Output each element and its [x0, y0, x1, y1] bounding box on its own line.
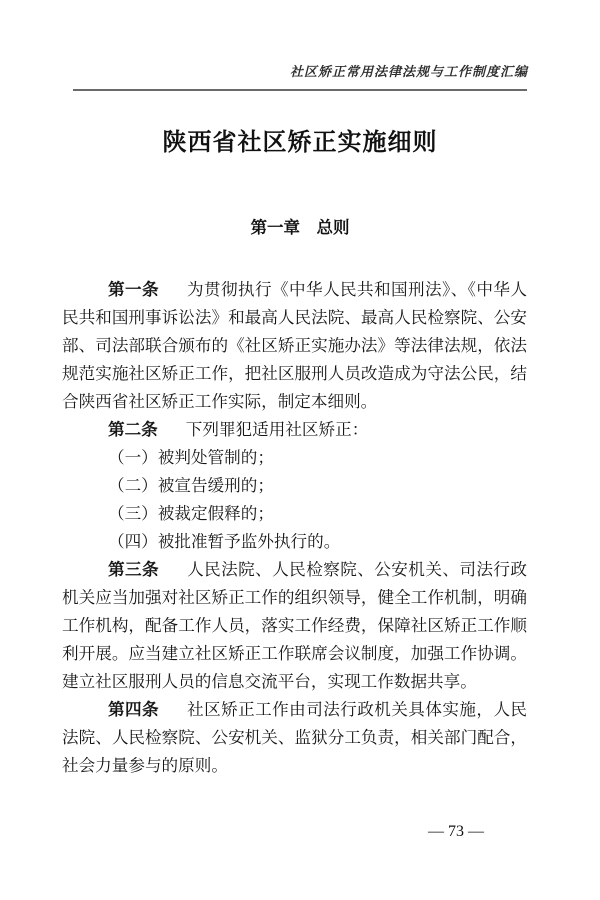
header-rule [73, 89, 527, 91]
article-3-label: 第三条 [108, 560, 159, 579]
paragraph-article-2: 第二条下列罪犯适用社区矫正： [62, 416, 527, 444]
article-1-label: 第一条 [108, 280, 159, 299]
article-4-label: 第四条 [108, 700, 159, 719]
list-item-1: （一）被判处管制的； [62, 444, 527, 472]
document-body: 第一条为贯彻执行《中华人民共和国刑法》、《中华人民共和国刑事诉讼法》和最高人民法… [62, 276, 527, 780]
article-1-text: 为贯彻执行《中华人民共和国刑法》、《中华人民共和国刑事诉讼法》和最高人民法院、最… [62, 280, 527, 411]
list-item-2-text: （二）被宣告缓刑的； [108, 476, 274, 495]
document-title: 陕西省社区矫正实施细则 [0, 130, 600, 157]
list-item-4: （四）被批准暂予监外执行的。 [62, 528, 527, 556]
article-2-label: 第二条 [108, 420, 158, 439]
list-item-3: （三）被裁定假释的； [62, 500, 527, 528]
book-page: 社区矫正常用法律法规与工作制度汇编 陕西省社区矫正实施细则 第一章 总则 第一条… [0, 0, 600, 900]
paragraph-article-3: 第三条人民法院、人民检察院、公安机关、司法行政机关应当加强对社区矫正工作的组织领… [62, 556, 527, 696]
list-item-1-text: （一）被判处管制的； [108, 448, 274, 467]
list-item-3-text: （三）被裁定假释的； [108, 504, 274, 523]
list-item-2: （二）被宣告缓刑的； [62, 472, 527, 500]
page-number: — 73 — [356, 822, 556, 842]
article-2-text: 下列罪犯适用社区矫正： [186, 420, 369, 439]
running-header: 社区矫正常用法律法规与工作制度汇编 [73, 61, 528, 80]
running-header-title: 社区矫正常用法律法规与工作制度汇编 [290, 64, 528, 79]
article-3-text: 人民法院、人民检察院、公安机关、司法行政机关应当加强对社区矫正工作的组织领导，健… [62, 560, 527, 691]
list-item-4-text: （四）被批准暂予监外执行的。 [108, 532, 340, 551]
paragraph-article-4: 第四条社区矫正工作由司法行政机关具体实施，人民法院、人民检察院、公安机关、监狱分… [62, 696, 527, 780]
chapter-heading: 第一章 总则 [0, 219, 600, 237]
paragraph-article-1: 第一条为贯彻执行《中华人民共和国刑法》、《中华人民共和国刑事诉讼法》和最高人民法… [62, 276, 527, 416]
